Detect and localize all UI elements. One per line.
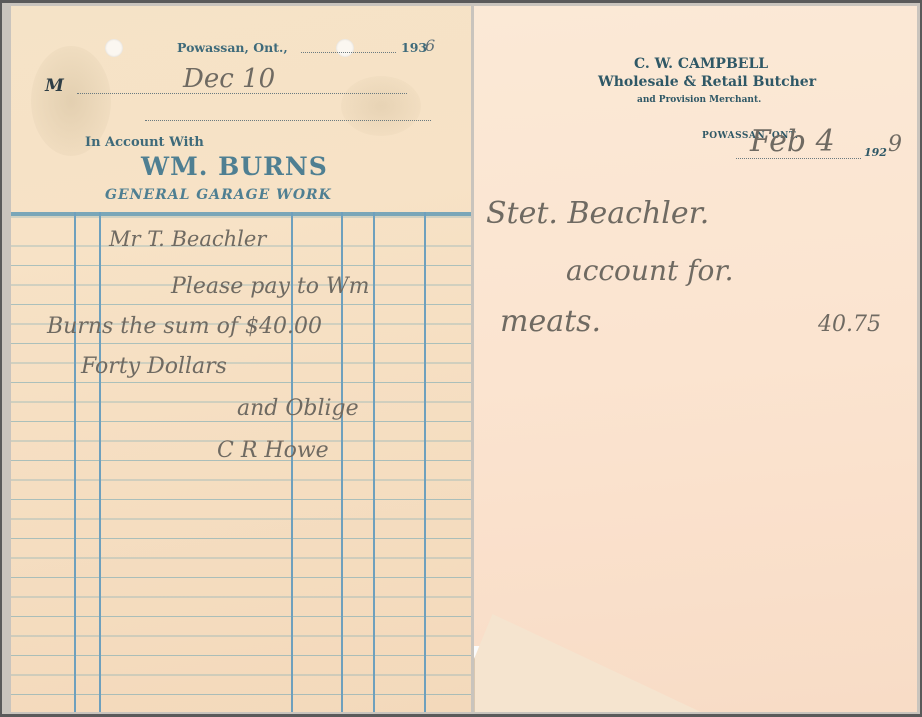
handwritten-line-5: and Oblige xyxy=(237,396,359,421)
date-dotted-line xyxy=(301,52,396,53)
ledger-column-line xyxy=(74,212,76,712)
handwritten-line-3: meats. xyxy=(500,304,601,339)
campbell-letterhead: C. W. CAMPBELL Wholesale & Retail Butche… xyxy=(474,6,917,712)
date-handwritten: Feb 4 xyxy=(750,124,835,159)
handwritten-signature: C R Howe xyxy=(217,438,329,463)
in-account-with: In Account With xyxy=(85,135,204,150)
handwritten-line-1: Mr T. Beachler xyxy=(109,227,266,251)
address-dotted-line xyxy=(145,120,431,121)
burns-invoice: Powassan, Ont., 193 6 M Dec 10 In Accoun… xyxy=(11,6,471,712)
date-handwritten: Dec 10 xyxy=(183,64,275,94)
year-printed: 192 xyxy=(864,146,887,159)
company-tagline: GENERAL GARAGE WORK xyxy=(105,187,332,203)
company-subtitle-2: and Provision Merchant. xyxy=(637,95,761,105)
punch-hole xyxy=(105,39,123,57)
handwritten-line-2: Please pay to Wm xyxy=(171,274,369,299)
ledger-column-line xyxy=(373,212,375,712)
salutation-prefix: M xyxy=(45,76,64,96)
folded-corner xyxy=(474,614,705,712)
paper-stain xyxy=(341,76,421,136)
handwritten-amount: 40.75 xyxy=(818,312,881,337)
ledger-column-line xyxy=(424,212,426,712)
punch-hole xyxy=(336,39,354,57)
handwritten-line-3: Burns the sum of $40.00 xyxy=(47,314,322,339)
handwritten-line-1: Stet. Beachler. xyxy=(486,196,709,231)
year-printed: 193 xyxy=(401,40,427,55)
handwritten-line-4: Forty Dollars xyxy=(81,354,227,379)
company-subtitle: Wholesale & Retail Butcher xyxy=(598,74,816,90)
company-name: WM. BURNS xyxy=(141,152,328,181)
company-name: C. W. CAMPBELL xyxy=(634,56,768,72)
handwritten-line-2: account for. xyxy=(566,254,734,287)
year-handwritten: 9 xyxy=(888,132,902,157)
place-label: Powassan, Ont., xyxy=(177,40,288,55)
year-handwritten: 6 xyxy=(425,36,435,55)
ledger-column-line xyxy=(99,212,101,712)
